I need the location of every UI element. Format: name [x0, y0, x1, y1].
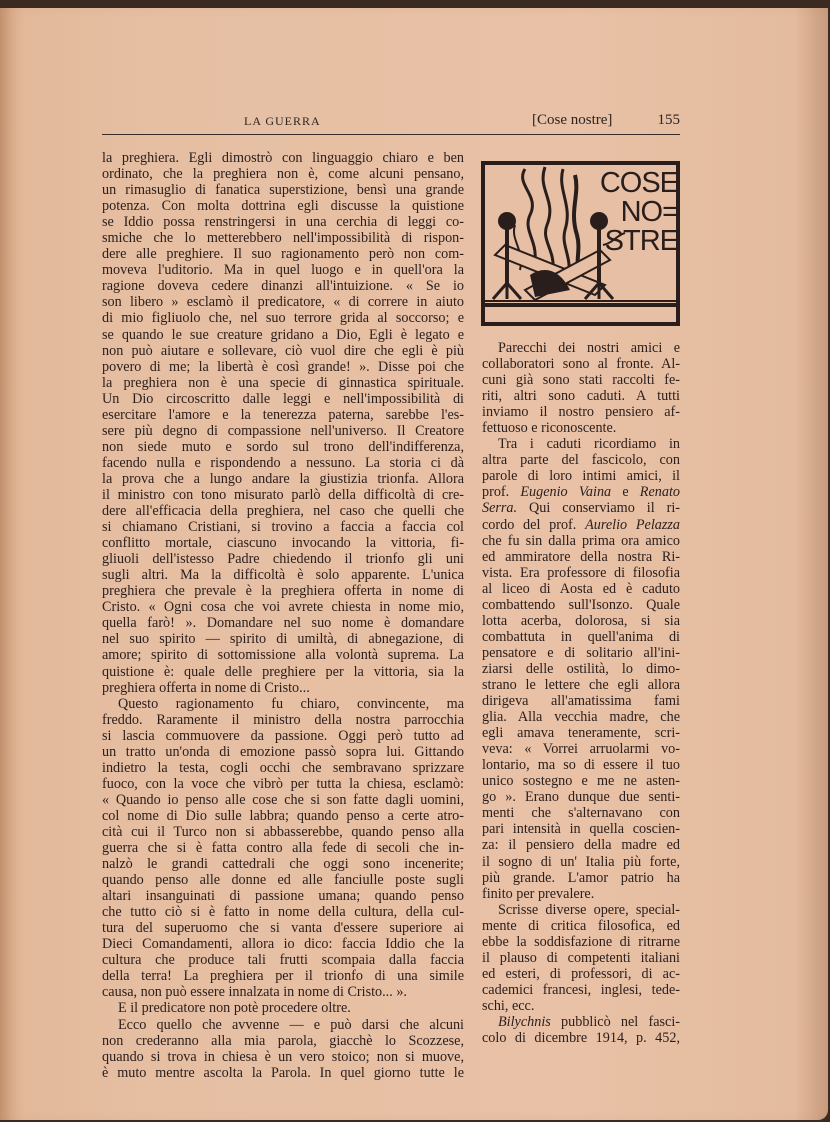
text-line: « Quando io penso alle cose che si son f…	[102, 792, 464, 808]
text-line: cuni già sono stati raccolti fe-	[482, 372, 680, 388]
text-line: Bilychnis pubblicò nel fasci-	[482, 1014, 680, 1030]
text-line: Scrisse diverse opere, special-	[482, 902, 680, 918]
text-line: quando si trova in chiesa è un vero stoi…	[102, 1049, 464, 1065]
text-line: fuoco, con la voce che vibrò per tutta l…	[102, 776, 464, 792]
text-line: indietro la testa, cogli occhi che sembr…	[102, 760, 464, 776]
text-line: ziarsi delle ostilità, lo dimo-	[482, 661, 680, 677]
text-line: dirigeva all'amatissima fami	[482, 693, 680, 709]
text-line: menti che s'alternavano con	[482, 805, 680, 821]
text-line: Dieci Comandamenti, allora io dico: facc…	[102, 936, 464, 952]
text-line: mente di critica filosofica, ed	[482, 918, 680, 934]
text-line: sere più degno di compassione nell'unive…	[102, 423, 464, 439]
text-line: cultura che produce tali frutti scompaia…	[102, 952, 464, 968]
text-line: esercitare l'amore e la tenerezza patern…	[102, 407, 464, 423]
text-line: Tra i caduti ricordiamo in	[482, 436, 680, 452]
text-line: preghiera offerta in nome di Cristo...	[102, 680, 464, 696]
text-line: la preghiera. Egli dimostrò con linguagg…	[102, 150, 464, 166]
text-line: il plauso di competenti italiani	[482, 950, 680, 966]
text-line: parole di loro intimi amici, il	[482, 468, 680, 484]
text-line: ed ammiratore della nostra Ri-	[482, 549, 680, 565]
text-line: vista. Era professore di filosofia	[482, 565, 680, 581]
text-line: potenza. Con molta dottrina egli discuss…	[102, 198, 464, 214]
text-line: schi, ecc.	[482, 998, 680, 1014]
text-line: unico sostegno e me ne asten-	[482, 773, 680, 789]
text-line: E il predicatore non potè procedere oltr…	[102, 1000, 464, 1016]
text-line: collaboratori sono al fronte. Al-	[482, 356, 680, 372]
text-line: lontario, ma so di essere il tuo	[482, 757, 680, 773]
text-line: di mio figliuolo che, nel suo terrore gr…	[102, 310, 464, 326]
text-line: più grande. L'amor patrio ha	[482, 870, 680, 886]
text-line: glia. Alla vecchia madre, che	[482, 709, 680, 725]
text-line: amore; spirito di sottomissione alla vol…	[102, 647, 464, 663]
text-line: la preghiera non è una specie di ginnast…	[102, 375, 464, 391]
text-line: il ministro con tono misurato parlò dell…	[102, 487, 464, 503]
text-line: veva: « Vorrei arruolarmi vo-	[482, 741, 680, 757]
text-line: si chiamano Cristiani, si trovino a facc…	[102, 519, 464, 535]
text-line: un rimasuglio di fanatica superstizione,…	[102, 182, 464, 198]
text-line: Cristo. « Ogni cosa che voi avrete chies…	[102, 599, 464, 615]
text-line: Serra. Qui conserviamo il ri-	[482, 500, 680, 516]
text-line: lotta acerba, dolorosa, si sia	[482, 613, 680, 629]
text-line: prof. Eugenio Vaina e Renato	[482, 484, 680, 500]
emblem-title-line3: STRE	[593, 227, 678, 256]
text-line: ordinato, che la preghiera non è, come a…	[102, 166, 464, 182]
text-line: freddo. Raramente il ministro della nost…	[102, 712, 464, 728]
text-line: cademici francesi, inglesi, tede-	[482, 982, 680, 998]
text-line: egli amava teneramente, scri-	[482, 725, 680, 741]
left-column: la preghiera. Egli dimostrò con linguagg…	[102, 150, 464, 1081]
text-line: quistione è: quale delle preghiere per l…	[102, 664, 464, 680]
text-line: strano le lettere che egli allora	[482, 677, 680, 693]
text-line: pensatore e di solitario all'ini-	[482, 645, 680, 661]
emblem-title-line1: COSE	[593, 169, 678, 198]
header-rule	[102, 134, 680, 135]
text-line: colo di dicembre 1914, p. 452,	[482, 1030, 680, 1046]
text-line: preghiera che prevale è la preghiera off…	[102, 583, 464, 599]
text-line: altari insanguinati di passione umana; q…	[102, 888, 464, 904]
text-line: facendo nulla e rispondendo a nessuno. L…	[102, 455, 464, 471]
text-line: ragione doveva cedere dinanzi all'intuiz…	[102, 278, 464, 294]
text-line: quella farò! ». Domandare nel suo nome è…	[102, 615, 464, 631]
cose-nostre-emblem: COSE NO= STRE	[481, 161, 680, 326]
text-line: go ». Erano dunque due senti-	[482, 789, 680, 805]
text-line: tura del superuomo che si vanta d'essere…	[102, 920, 464, 936]
text-line: moveva l'uditorio. Ma in quel luogo e in…	[102, 262, 464, 278]
text-line: non siede muto e sordo sul trono dell'in…	[102, 439, 464, 455]
text-line: al liceo di Aosta ed è caduto	[482, 581, 680, 597]
text-line: col nome di Dio sulle labbra; quando pen…	[102, 808, 464, 824]
text-line: riti, altri sono caduti. A tutti	[482, 388, 680, 404]
text-line: guerra che si è fatta contro alla fede d…	[102, 840, 464, 856]
text-line: un tratto un'onda di emozione passò sopr…	[102, 744, 464, 760]
text-line: pari intensità in quella coscien-	[482, 821, 680, 837]
right-column: Parecchi dei nostri amici ecollaboratori…	[482, 340, 680, 1046]
text-line: la prova che a lungo andare la giustizia…	[102, 471, 464, 487]
text-line: nalzò le grandi cattedrali che oggi sono…	[102, 856, 464, 872]
text-line: finito per prevalere.	[482, 886, 680, 902]
section-title: [Cose nostre]	[532, 112, 612, 129]
emblem-title-line2: NO=	[593, 198, 678, 227]
text-line: inviamo il nostro pensiero af-	[482, 404, 680, 420]
text-line: za: il pensiero della madre ed	[482, 837, 680, 853]
text-line: Un Dio circoscritto dalle leggi e nell'i…	[102, 391, 464, 407]
text-line: altra parte del fascicolo, con	[482, 452, 680, 468]
text-line: non può aiutare e sollevare, ciò vuol di…	[102, 343, 464, 359]
text-line: causa, non può essere innalzata in nome …	[102, 984, 464, 1000]
text-line: conflitto mortale, ciascuno invocando la…	[102, 535, 464, 551]
emblem-title: COSE NO= STRE	[593, 169, 678, 256]
text-line: combattuta in quell'anima di	[482, 629, 680, 645]
text-line: dere alle preghiere. Il suo ragionamento…	[102, 246, 464, 262]
running-title: LA GUERRA	[244, 114, 321, 129]
text-line: cità cui il Turco non si abbasserebbe, q…	[102, 824, 464, 840]
text-line: della terra! La preghiera per il trionfo…	[102, 968, 464, 984]
running-header: LA GUERRA [Cose nostre] 155	[102, 112, 680, 132]
text-line: fettuoso e riconoscente.	[482, 420, 680, 436]
text-line: non crederanno alla mia parola, giacchè …	[102, 1033, 464, 1049]
text-line: cordo del prof. Aurelio Pelazza	[482, 517, 680, 533]
text-line: ed esteri, di professori, di ac-	[482, 966, 680, 982]
text-line: povero di me; la libertà è così grande! …	[102, 359, 464, 375]
text-line: nel suo spirito — spirito di umiltà, di …	[102, 631, 464, 647]
text-line: sugli altri. Ma la difficoltà è solo app…	[102, 567, 464, 583]
text-line: è muto mentre ascolta la Parola. In quel…	[102, 1065, 464, 1081]
text-line: gliuoli dell'istesso Padre chiedendo il …	[102, 551, 464, 567]
text-line: si lascia commuovere da passione. Oggi p…	[102, 728, 464, 744]
text-line: che fu sin dalla prima ora amico	[482, 533, 680, 549]
text-line: che tutto ciò si è fatto in nome della c…	[102, 904, 464, 920]
text-line: dere all'efficacia della preghiera, nel …	[102, 503, 464, 519]
text-line: smiche che lo metterebbero nell'impossib…	[102, 230, 464, 246]
text-line: Parecchi dei nostri amici e	[482, 340, 680, 356]
text-line: Questo ragionamento fu chiaro, convincen…	[102, 696, 464, 712]
text-line: se Iddio possa renstringersi in una cerc…	[102, 214, 464, 230]
text-line: se quando le sue creature gridano a Dio,…	[102, 327, 464, 343]
text-line: quando penso alle donne ed alle fanciull…	[102, 872, 464, 888]
text-line: il sogno di un' Italia più forte,	[482, 854, 680, 870]
text-line: combattendo sull'Isonzo. Quale	[482, 597, 680, 613]
text-line: son libero » esclamò il predicatore, « d…	[102, 294, 464, 310]
text-line: ebbe la soddisfazione di ritrarne	[482, 934, 680, 950]
page-number: 155	[658, 112, 681, 129]
text-line: Ecco quello che avvenne — e può darsi ch…	[102, 1017, 464, 1033]
